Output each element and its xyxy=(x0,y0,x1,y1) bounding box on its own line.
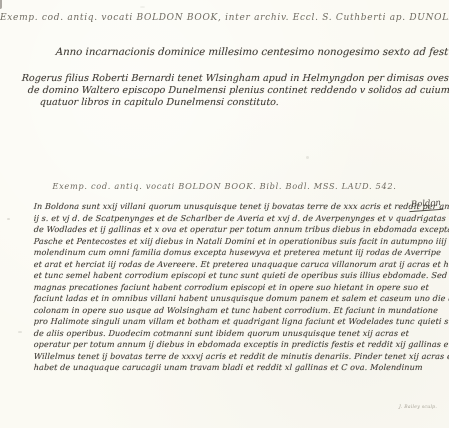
script-line: ij s. et vj d. de Scatpenynges et de Sch… xyxy=(33,213,439,225)
script-line: quatuor libros in capitulo Dunelmensi co… xyxy=(39,97,437,109)
script-line: habet de unaquaque carucagii unam travam… xyxy=(33,362,439,374)
manuscript-plate: Exemp. cod. antiq. vocati BOLDON BOOK, i… xyxy=(0,0,449,428)
scan-edge-mark xyxy=(0,0,2,9)
paper-speck xyxy=(18,331,22,333)
plate-caption-durham: Exemp. cod. antiq. vocati BOLDON BOOK, i… xyxy=(0,13,449,23)
plate-caption-bodleian: Exemp. cod. antiq. vocati BOLDON BOOK. B… xyxy=(0,181,449,191)
script-line: Willelmus tenet ij bovatas terre de xxxv… xyxy=(33,351,439,363)
script-line: Anno incarnacionis dominice millesimo ce… xyxy=(55,47,437,59)
script-line: operatur per totum annum ij diebus in eb… xyxy=(33,339,439,351)
paper-speck xyxy=(140,6,145,8)
script-line: faciunt ladas et in omnibus villani habe… xyxy=(33,293,439,305)
facsimile-bodleian-extract: In Boldona sunt xxij villani quorum unus… xyxy=(34,201,439,374)
script-line: et tunc semel habent corrodium episcopi … xyxy=(33,270,439,282)
script-line: de aliis operibus. Duodecim cotmanni sun… xyxy=(33,328,439,340)
script-line: Rogerus filius Roberti Bernardi tenet Wl… xyxy=(21,73,437,85)
paper-speck xyxy=(306,156,309,159)
script-line: et arat et herciat iij rodas de Avereere… xyxy=(33,259,439,271)
script-line: molendinum cum omni familia domus except… xyxy=(33,247,439,259)
paper-speck xyxy=(7,218,10,220)
script-line: In Boldona sunt xxij villani quorum unus… xyxy=(33,201,439,213)
script-line: de domino Waltero episcopo Dunelmensi pl… xyxy=(27,85,437,97)
engraver-credit: J. Bailey sculp. xyxy=(399,405,437,410)
script-line: colonam in opere suo usque ad Wolsingham… xyxy=(33,305,439,317)
script-line: pro Halimote singuli unam villam et both… xyxy=(33,316,439,328)
script-line: de Wodlades et ij gallinas et x ova et o… xyxy=(33,224,439,236)
facsimile-durham-extract: Anno incarnacionis dominice millesimo ce… xyxy=(22,47,437,109)
script-line: magnas precationes faciunt habent corrod… xyxy=(33,282,439,294)
script-line: Pasche et Pentecostes et xiij diebus in … xyxy=(33,236,439,248)
